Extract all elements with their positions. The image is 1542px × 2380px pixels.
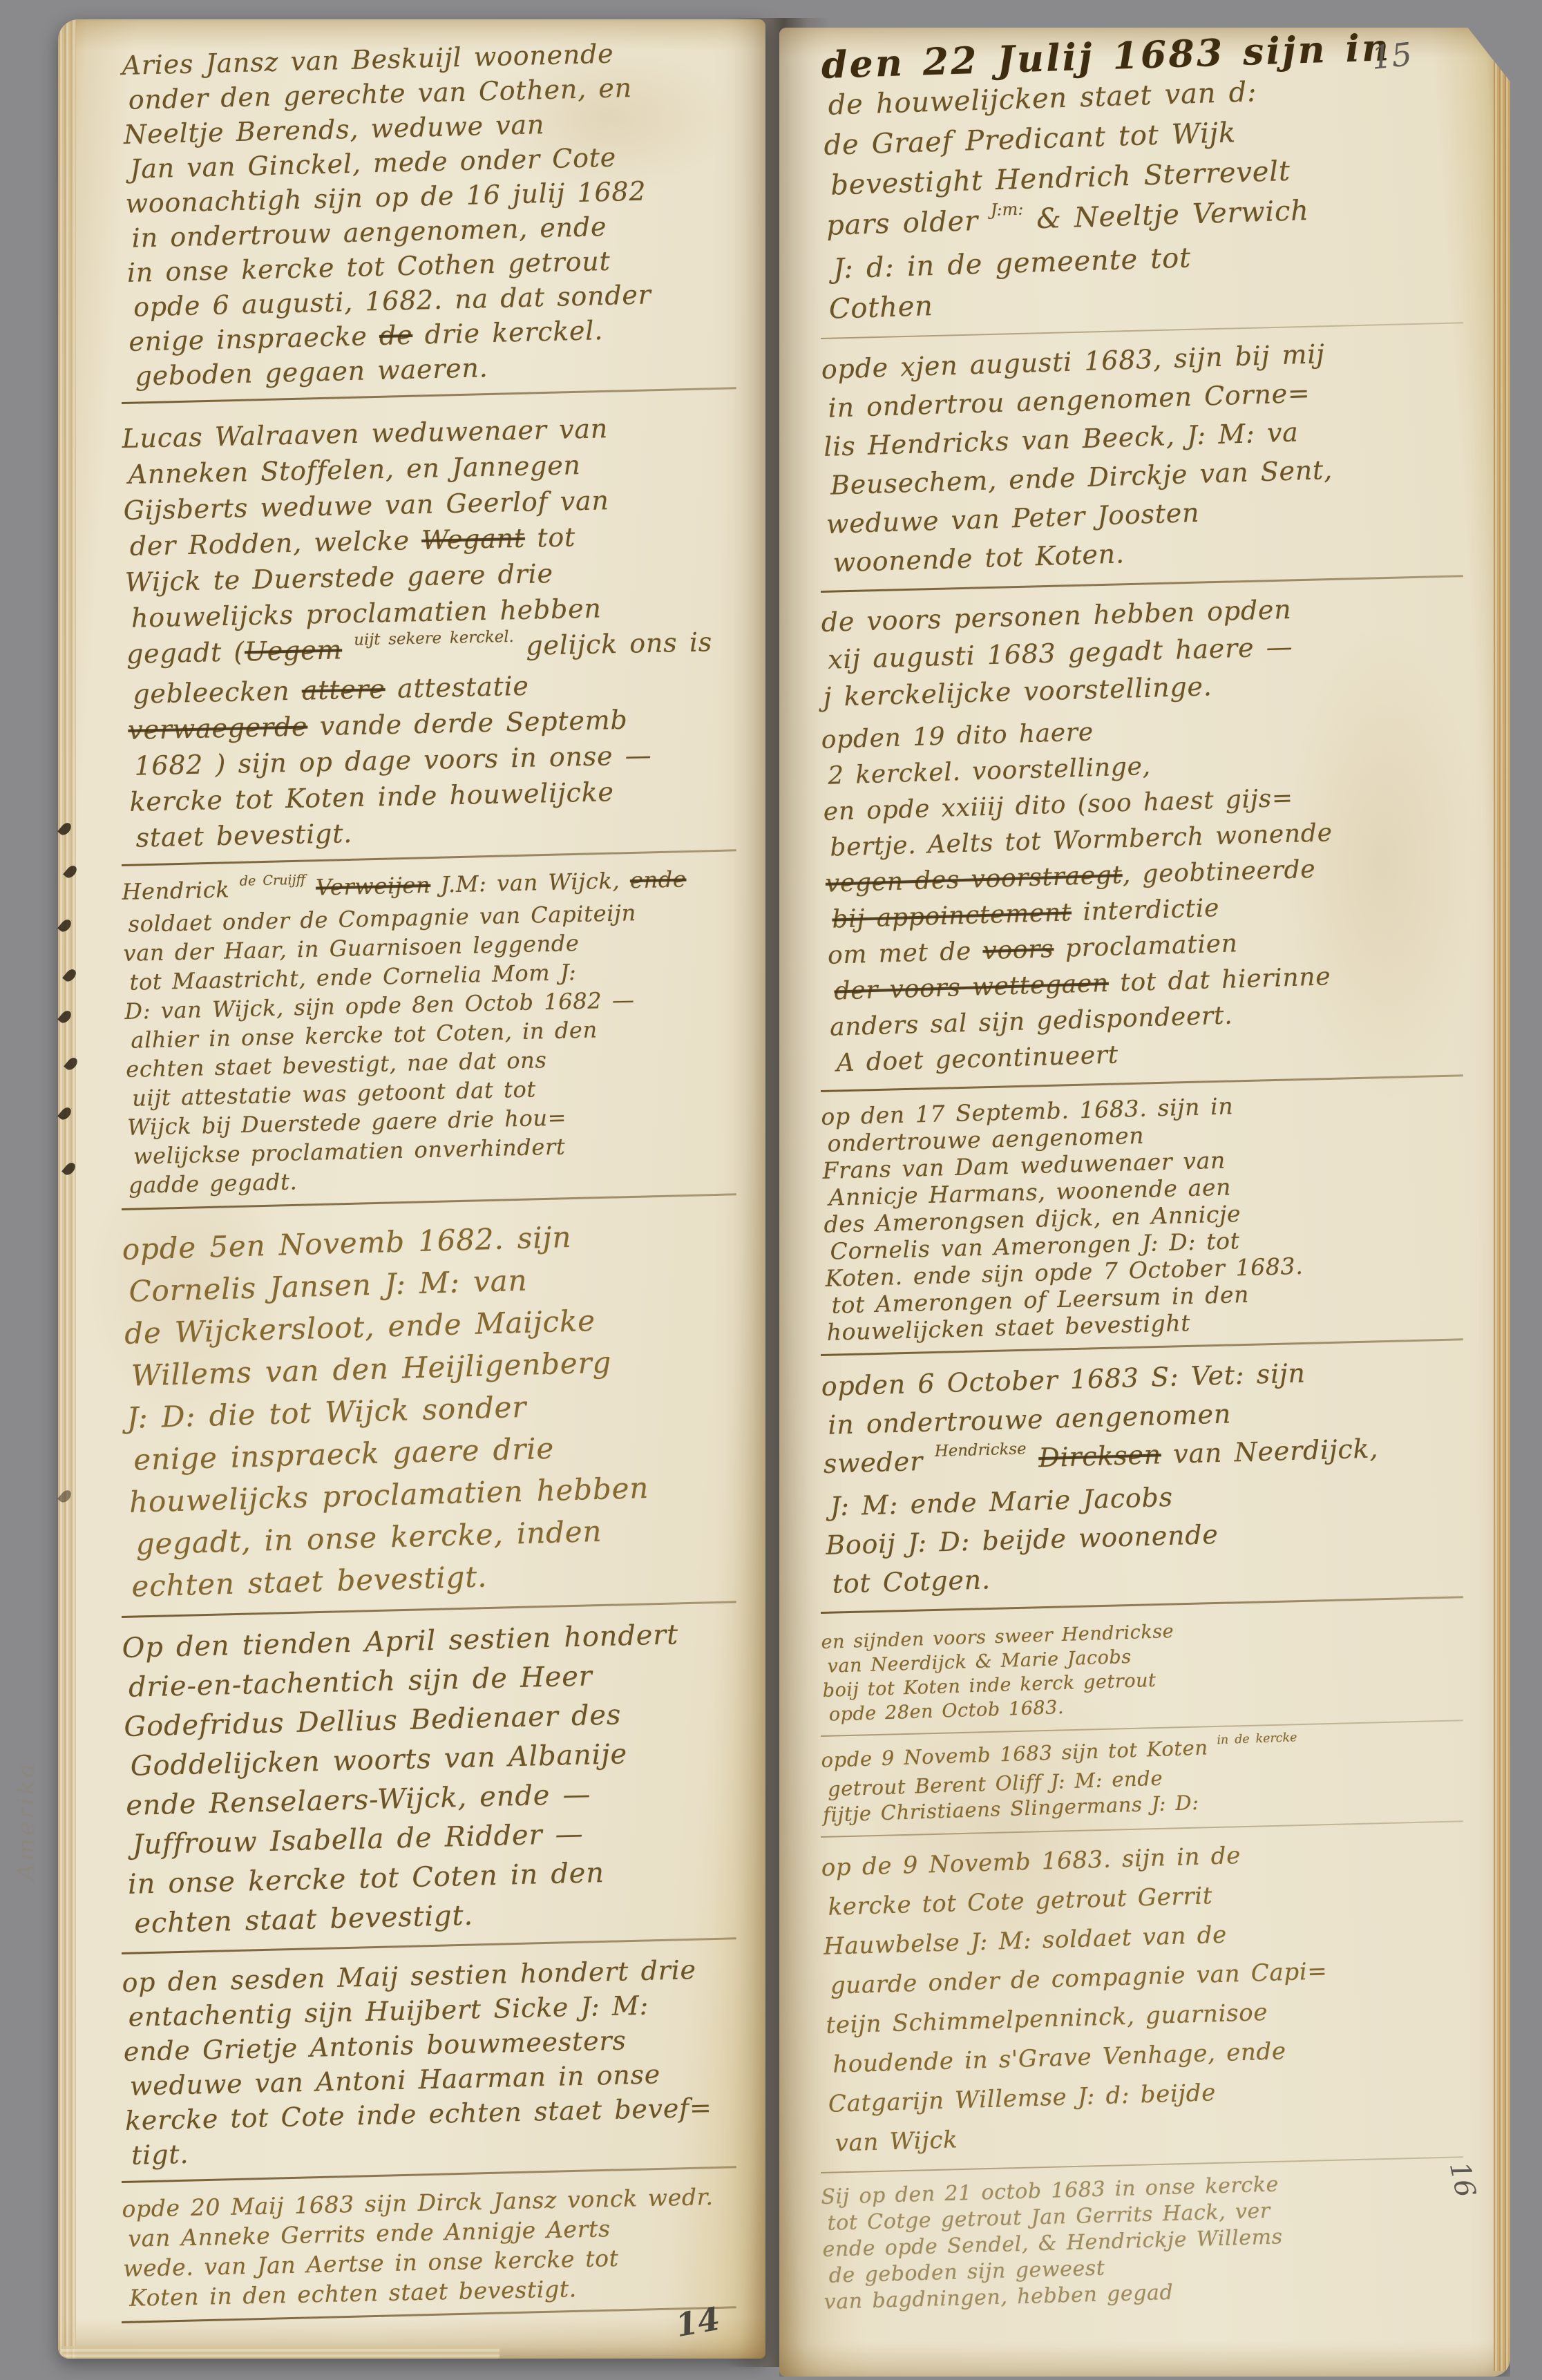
text-run: Wijck te Duerstede gaere drie <box>124 558 553 598</box>
text-run: opden 19 dito haere <box>821 718 1094 754</box>
text-run: der Rodden, welcke <box>129 525 421 562</box>
register-entry: Aries Jansz van Beskuijl woonendeonder d… <box>122 33 746 394</box>
struck-text: ende <box>629 866 686 893</box>
text-run: gelijck ons is <box>514 627 713 661</box>
text-run: opde 28en Octob 1683. <box>828 1697 1064 1726</box>
register-entry: opde 5en Novemb 1682. sijnCornelis Janse… <box>122 1211 748 1608</box>
text-run: echten staat bevestigt. <box>134 1900 473 1940</box>
margin-note-amerika: Amerika <box>12 1632 40 1881</box>
register-entry: Op den tienden April sestien hondertdrie… <box>122 1614 745 1944</box>
text-run: , geobtineerde <box>1122 855 1316 889</box>
text-run: tot <box>524 522 575 553</box>
scanned-register-photo: { "canvas": {"background_color": "#8a8a8… <box>0 0 1542 2380</box>
text-run: proclamatien <box>1054 929 1238 963</box>
text-run: anders sal sijn gedispondeert. <box>829 1002 1232 1042</box>
struck-text: Wegant <box>421 523 526 555</box>
inserted-text: de Cruijff <box>239 866 305 896</box>
text-run: interdictie <box>1071 894 1219 926</box>
text-run: geboden gegaen waeren. <box>135 352 488 391</box>
text-run: teijn Schimmelpenninck, guarnisoe <box>826 1999 1268 2039</box>
right-page: den 22 Julij 1683 sijn inde houwelijcken… <box>779 28 1510 2377</box>
register-entry: Sij op den 21 octob 1683 in onse kercket… <box>821 2167 1468 2316</box>
register-entry: Lucas Walraaven weduwenaer vanAnneken St… <box>122 408 747 856</box>
text-run: tot dat hierinne <box>1108 962 1331 998</box>
text-run: Cornelis Jansen J: M: van <box>128 1264 528 1308</box>
text-run: tigt. <box>131 2139 189 2171</box>
text-run: & Neeltje Verwich <box>1023 195 1309 236</box>
text-run: attestatie <box>385 671 529 704</box>
text-run: staet bevestigt. <box>135 818 352 853</box>
register-entry: op de 9 Novemb 1683. sijn in dekercke to… <box>821 1829 1474 2163</box>
folio-number-pencil: 14 <box>673 2300 723 2344</box>
left-page-entries: Aries Jansz van Beskuijl woonendeonder d… <box>58 19 765 2359</box>
text-run: J: D: die tot Wijck sonder <box>126 1390 527 1435</box>
text-run <box>1026 1443 1039 1473</box>
struck-text: voors <box>982 935 1054 965</box>
inserted-text: in de kercke <box>1217 1725 1297 1753</box>
text-run: om met de <box>827 937 983 970</box>
text-run: A doet gecontinueert <box>836 1040 1119 1077</box>
inserted-text: uijt sekere kerckel. <box>354 619 515 658</box>
register-entry: opde 20 Maij 1683 sijn Dirck Jansz vonck… <box>122 2181 740 2313</box>
text-run <box>305 875 316 901</box>
register-entry: opden 19 dito haere2 kerckel. voorstelli… <box>821 703 1475 1081</box>
text-run: gegadt, in onse kercke, inden <box>135 1514 602 1561</box>
text-run: pars older <box>826 204 991 241</box>
text-run: van Wijck <box>835 2126 958 2157</box>
text-run: drie-en-tachentich sijn de Heer <box>128 1660 593 1703</box>
struck-text: Dircksen <box>1038 1439 1162 1473</box>
text-run <box>342 634 354 665</box>
register-entry: op den sesden Maij sestien hondert driee… <box>122 1952 743 2173</box>
text-run: drie kerckel. <box>412 315 604 350</box>
register-entry: de voors personen hebben opdenxij august… <box>821 586 1467 716</box>
text-run: kercke tot Cote getrout Gerrit <box>828 1882 1213 1921</box>
text-run: ende Renselaers-Wijck, ende — <box>126 1778 591 1821</box>
text-run: echten staet bevestigt. <box>131 1559 488 1603</box>
text-run: in onse kercke tot Coten in den <box>127 1857 605 1901</box>
struck-text: attere <box>301 674 386 706</box>
struck-text: de <box>379 320 412 351</box>
text-run: weduwe van Peter Joosten <box>826 497 1200 540</box>
text-run: van Neerdijck, <box>1161 1434 1378 1470</box>
text-run: kercke tot Koten inde houwelijcke <box>129 777 614 817</box>
struck-text: Verweijen <box>316 872 431 901</box>
inserted-text: J:m: <box>990 189 1024 230</box>
text-run: woonende tot Koten. <box>832 538 1125 578</box>
left-page: Aries Jansz van Beskuijl woonendeonder d… <box>58 19 765 2359</box>
struck-text: der voors wettegaen <box>834 969 1110 1006</box>
text-run: tot Cotgen. <box>832 1564 991 1599</box>
register-entry: op den 17 Septemb. 1683. sijn inondertro… <box>821 1087 1471 1346</box>
page-number-pencil: 15 <box>1370 35 1414 77</box>
text-run: Booij J: D: beijde woonende <box>826 1519 1219 1561</box>
text-run: Cothen <box>828 290 933 325</box>
right-page-entries: den 22 Julij 1683 sijn inde houwelijcken… <box>779 28 1510 2377</box>
register-entry: opden 6 October 1683 S: Vet: sijnin onde… <box>821 1349 1471 1603</box>
register-entry: en sijnden voors sweer Hendricksevan Nee… <box>821 1610 1467 1727</box>
text-run: j kerckelijcke voorstellinge. <box>823 671 1212 712</box>
text-run: houdende in s'Grave Venhage, ende <box>832 2037 1287 2078</box>
register-entry: Hendrick de Cruijff Verweijen J.M: van W… <box>122 864 745 1200</box>
text-run: J.M: van Wijck, <box>430 867 631 898</box>
inserted-text: Hendrickse <box>934 1429 1027 1471</box>
register-entry: opde 9 Novemb 1683 sijn tot Koten in de … <box>821 1726 1467 1828</box>
struck-text: Uegem <box>245 634 343 667</box>
text-run: Juffrouw Isabella de Ridder — <box>132 1818 584 1861</box>
text-run: enige inspraeck gaere drie <box>133 1431 555 1477</box>
text-run: Hendrick <box>122 876 240 905</box>
struck-text: verwaegerde <box>128 711 308 745</box>
struck-text: vegen des voorstraegt <box>825 861 1123 898</box>
register-entry: opde xjen augusti 1683, sijn bij mijin o… <box>821 330 1472 582</box>
text-run: Catgarijn Willemse J: d: beijde <box>828 2079 1216 2118</box>
text-run: in ondertrouwe aengenomen <box>828 1398 1232 1440</box>
text-run: gadde gegadt. <box>128 1168 298 1199</box>
text-run: J: d: in de gemeente tot <box>832 242 1191 285</box>
text-run: op de 9 Novemb 1683. sijn in de <box>821 1842 1241 1882</box>
text-run: Hauwbelse J: M: soldaet van de <box>824 1921 1228 1961</box>
text-run: vande derde Septemb <box>307 705 628 742</box>
text-run: gegadt ( <box>126 636 245 669</box>
struck-text: bij appoinctement <box>832 898 1072 933</box>
text-run: gebleecken <box>133 676 302 710</box>
text-run: 2 kerckel. voorstellinge, <box>828 752 1152 790</box>
text-run: sweder <box>823 1445 935 1478</box>
text-run: J: M: ende Marie Jacobs <box>830 1482 1173 1522</box>
text-run: enige inspraecke <box>128 321 380 357</box>
